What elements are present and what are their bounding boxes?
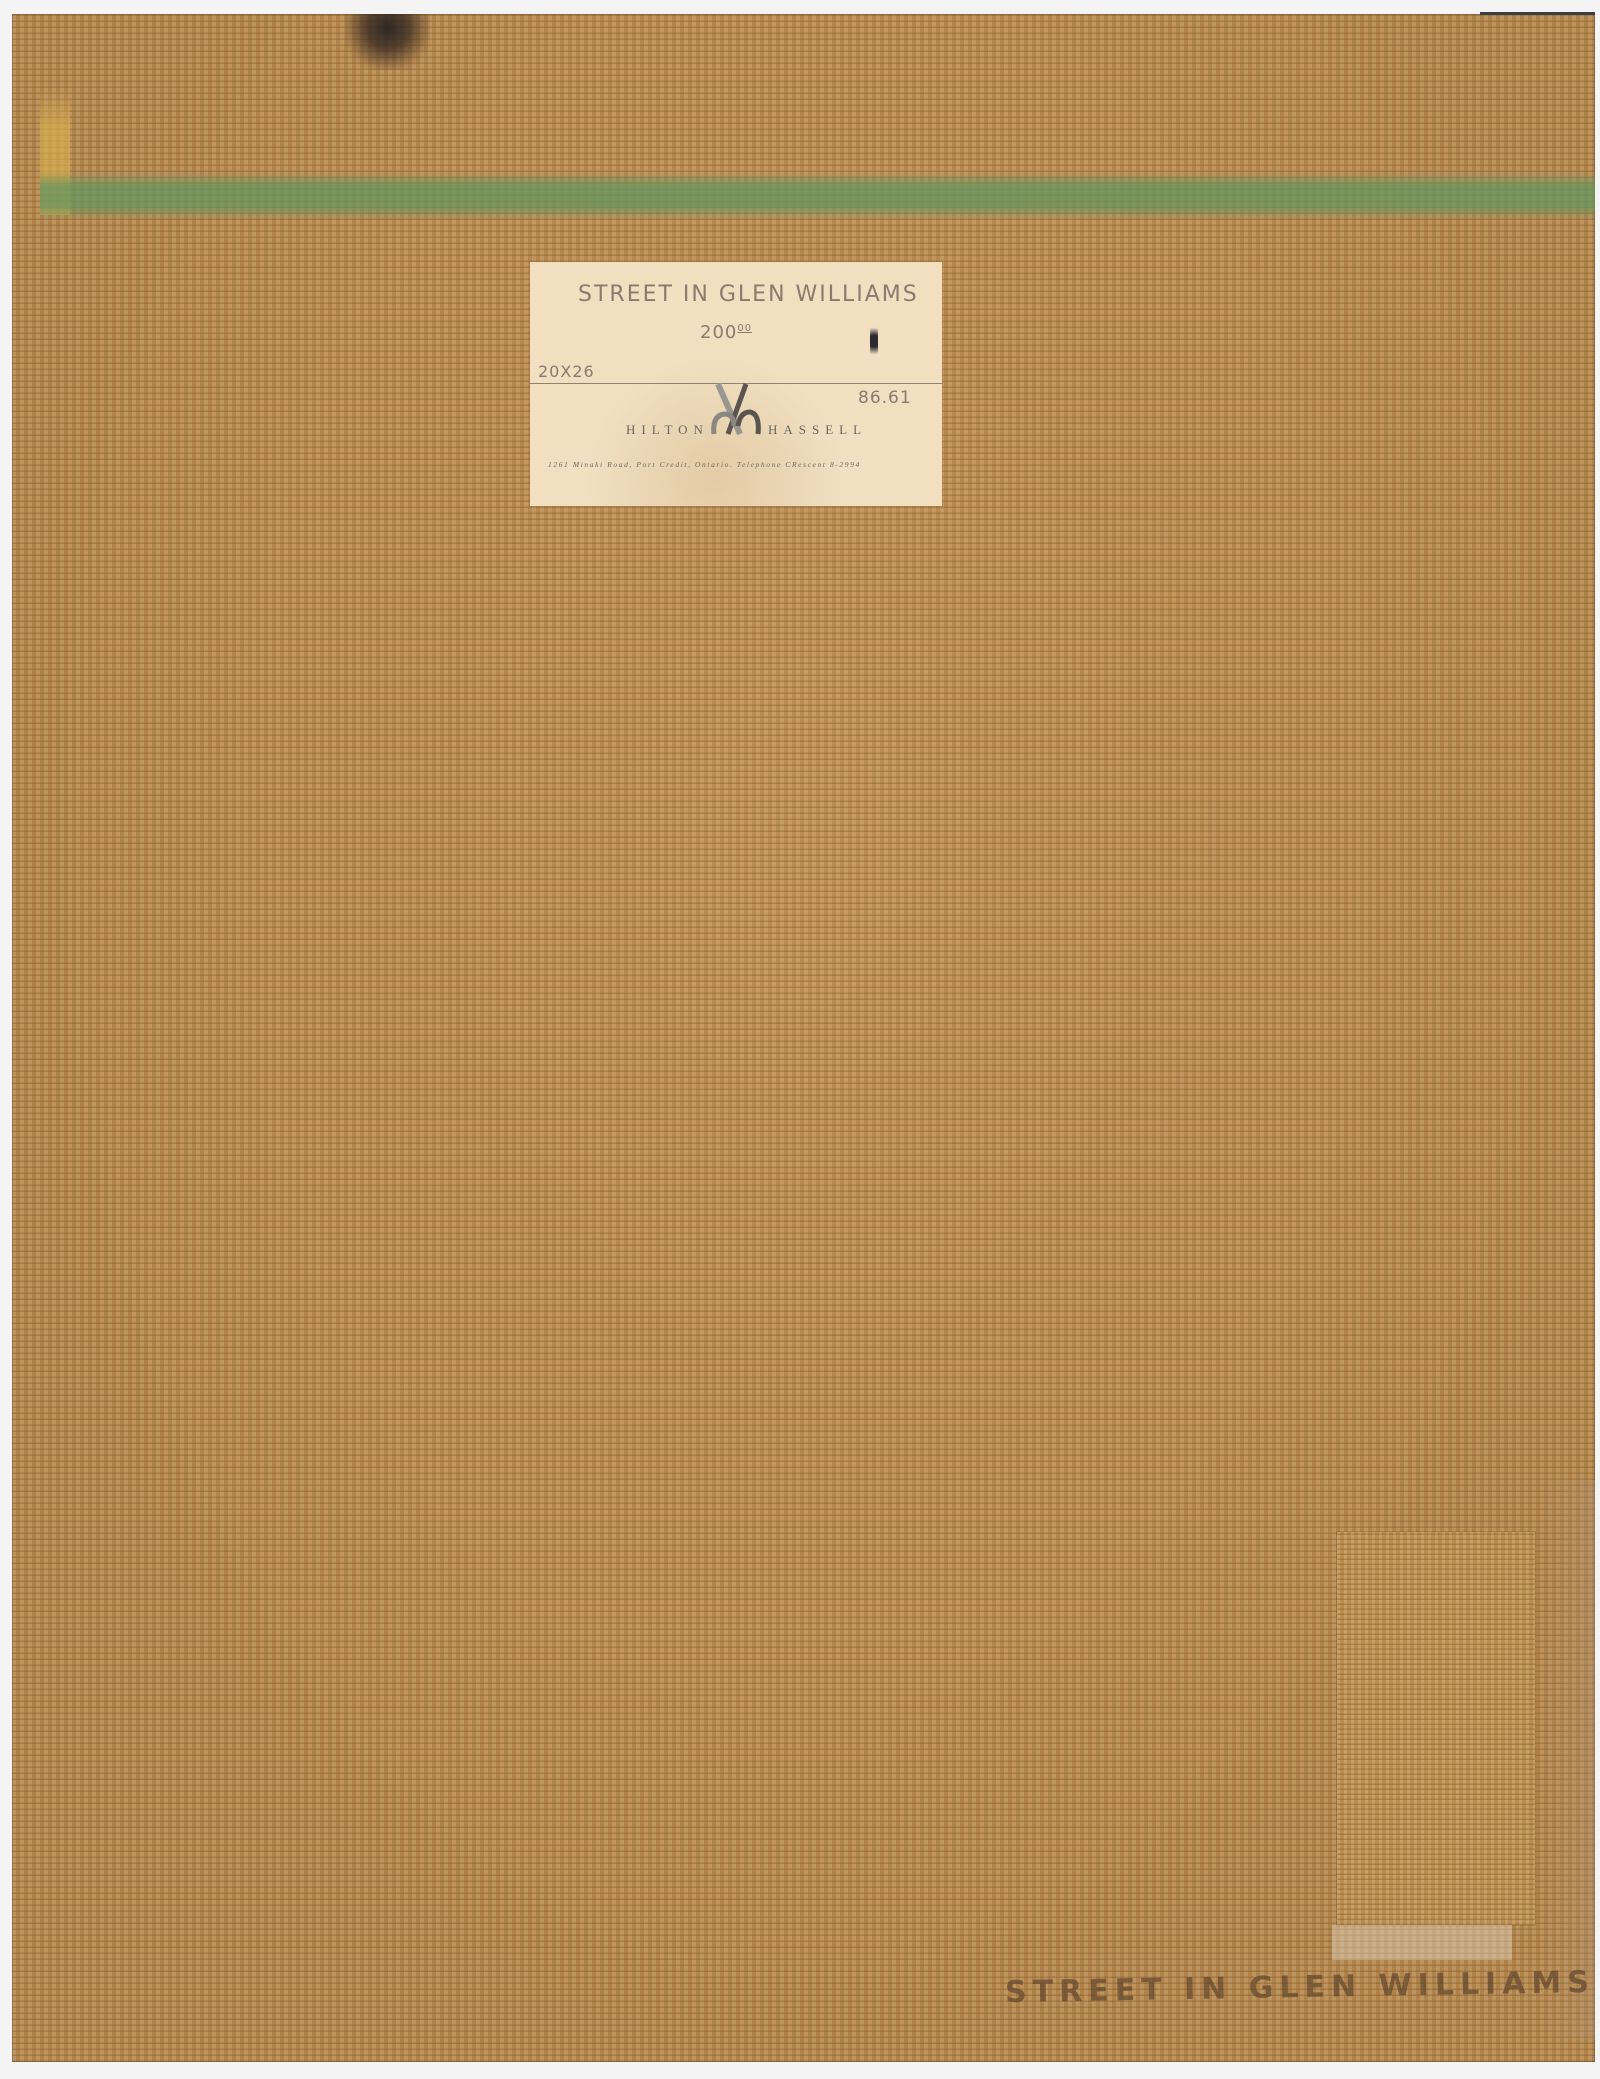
hh-monogram-icon <box>710 382 762 438</box>
handwritten-number: 86.61 <box>858 388 912 408</box>
green-paint-stripe <box>40 172 1595 220</box>
hardboard-patch <box>1337 1532 1535 1925</box>
handwritten-title: STREET IN GLEN WILLIAMS <box>578 282 919 307</box>
ink-smudge <box>870 322 878 360</box>
edge-wear <box>1545 1480 1595 2040</box>
price-cents: 00 <box>737 323 752 334</box>
gallery-name-hassell: HASSELL <box>768 422 867 438</box>
dark-stain <box>345 14 430 70</box>
gallery-name-hilton: HILTON <box>626 422 709 438</box>
gallery-label: STREET IN GLEN WILLIAMS 20000 20X26 86.6… <box>530 262 942 506</box>
price-value: 200 <box>700 322 737 343</box>
frame-edge <box>1480 12 1595 15</box>
handwritten-size: 20X26 <box>538 362 595 381</box>
gallery-address: 1261 Minaki Road, Port Credit, Ontario. … <box>548 460 861 469</box>
tape-residue <box>1332 1925 1512 1960</box>
handwritten-price: 20000 <box>700 322 752 343</box>
